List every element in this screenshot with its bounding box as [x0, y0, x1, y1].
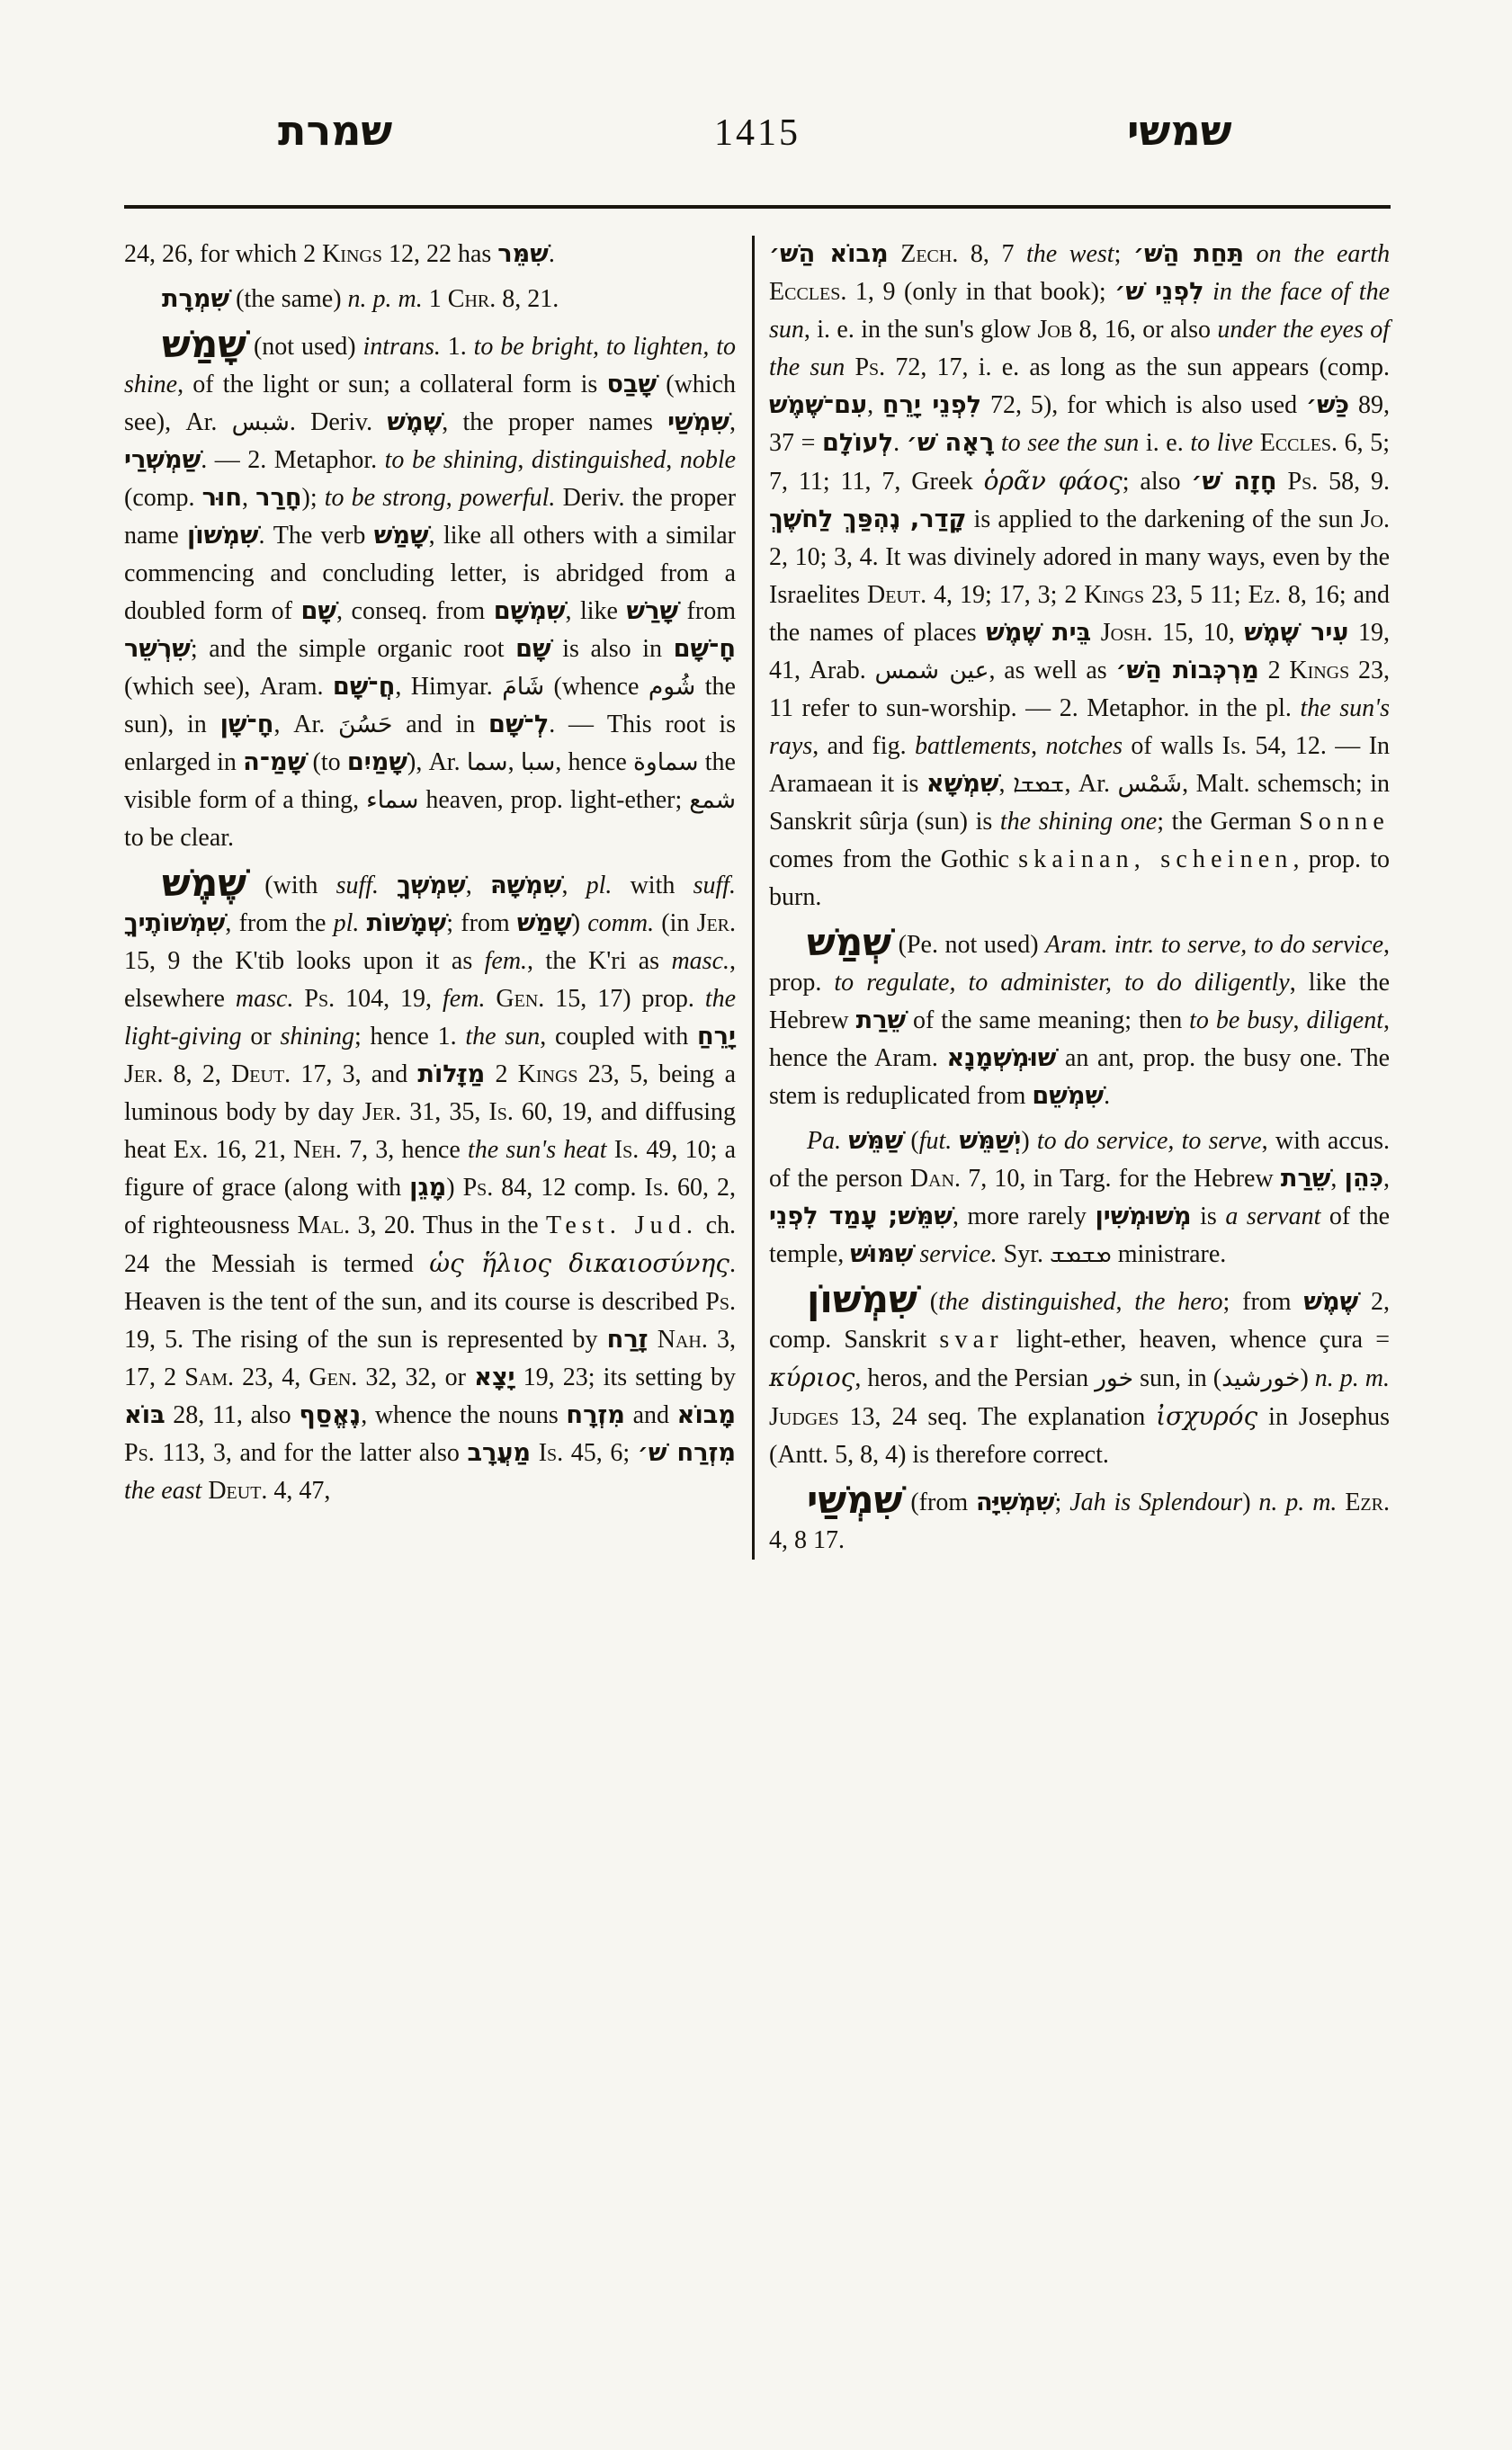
- text-columns: 24, 26, for which 2 Kings 12, 22 has שִׁ…: [124, 236, 1391, 1560]
- text-segment: 31, 35,: [401, 1098, 488, 1126]
- italic-text: intrans.: [362, 333, 440, 361]
- italic-text: diligent: [1306, 1006, 1383, 1034]
- spaced-text: svar: [939, 1326, 1003, 1354]
- italic-text: the shining one: [1000, 808, 1157, 836]
- hebrew-text: שִׁמְשׁוֹן: [187, 522, 258, 550]
- hebrew-text: שִׁמֵּשׁ; עָמַד לִפְנֵי: [769, 1203, 953, 1230]
- text-segment: );: [302, 484, 325, 512]
- smallcaps-reference: Gen.: [496, 985, 544, 1013]
- italic-text: the west: [1026, 240, 1114, 268]
- hebrew-text: שָׁרַשׁ: [627, 597, 679, 625]
- hebrew-text: חֲ־שָׁם: [333, 673, 395, 701]
- text-segment: 12, 22 has: [382, 240, 497, 268]
- text-segment: (from: [902, 1489, 976, 1516]
- text-segment: .: [893, 429, 907, 457]
- text-segment: , as well as: [989, 657, 1115, 684]
- italic-text: pl.: [586, 872, 613, 899]
- greek-text: ὡς ἥλιος δικαιοσύνης: [429, 1248, 729, 1278]
- smallcaps-reference: Deut.: [231, 1060, 291, 1088]
- smallcaps-reference: Jer.: [697, 909, 736, 937]
- smallcaps-reference: Judges: [769, 1403, 839, 1431]
- text-segment: is: [1192, 1203, 1226, 1230]
- text-segment: [293, 985, 304, 1013]
- hebrew-text: שָׁמַשׁ: [374, 522, 429, 550]
- italic-text: suff.: [693, 872, 736, 899]
- italic-text: to be strong: [325, 484, 446, 512]
- text-segment: ,: [561, 872, 586, 899]
- smallcaps-reference: Kings: [1084, 581, 1144, 609]
- italic-text: to regulate, to administer, to do dilige…: [834, 969, 1289, 997]
- hebrew-text: שִׁרְשֵׁר: [124, 635, 191, 663]
- smallcaps-reference: Neh.: [293, 1136, 342, 1164]
- text-segment: .: [1104, 1082, 1110, 1110]
- italic-text: Aram. intr.: [1045, 931, 1154, 959]
- scanned-dictionary-page: שמרת 1415 שמשי 24, 26, for which 2 Kings…: [0, 0, 1512, 2450]
- text-segment: 19, 23; its setting by: [515, 1364, 736, 1391]
- text-segment: 58, 9.: [1318, 468, 1390, 496]
- hebrew-text: שִׁמְשָׁא: [926, 770, 999, 798]
- hebrew-text: חָ־שָׁן: [220, 711, 274, 738]
- right-column: מְבוֹא הַשּׁ׳ Zech. 8, 7 the west; תַּחַ…: [769, 236, 1390, 1560]
- text-segment: (: [903, 1127, 919, 1155]
- hebrew-text: שַׁמְשְׁרַי: [124, 446, 201, 474]
- arabic-text: سماء: [366, 786, 418, 814]
- text-segment: 15, 10,: [1153, 619, 1245, 647]
- hebrew-text: כִּהֵן: [1345, 1165, 1383, 1193]
- hebrew-text: רָאָה שׁ׳: [907, 429, 994, 457]
- hebrew-text: שָׁמַשׁ: [517, 909, 572, 937]
- smallcaps-reference: Kings: [1289, 657, 1349, 684]
- arabic-text: عين شمس: [875, 657, 989, 684]
- hebrew-text: שִׁמְשֵׁם: [1032, 1082, 1104, 1110]
- hebrew-text: שִׁמֵּר: [497, 240, 549, 268]
- text-segment: 1.: [441, 333, 474, 361]
- hebrew-text: יְשַׁמֵּשׁ: [960, 1127, 1022, 1155]
- text-segment: from: [678, 597, 736, 625]
- text-segment: 104, 19,: [335, 985, 443, 1013]
- smallcaps-reference: Ps.: [124, 1439, 155, 1467]
- italic-text: fem.: [443, 985, 485, 1013]
- text-segment: , heros, and the Persian: [854, 1364, 1095, 1392]
- entry-shimshai: שִׁמְשַׁי (from שִׁמְשִׁיָּה; Jah is Spl…: [769, 1481, 1390, 1560]
- text-segment: , conseq. from: [336, 597, 494, 625]
- smallcaps-reference: Is.: [614, 1136, 639, 1164]
- hebrew-text: שִׁמְשְׁךָ: [397, 872, 466, 899]
- italic-text: n. p. m.: [1258, 1489, 1337, 1516]
- italic-text: masc.: [671, 947, 729, 975]
- italic-text: to be shining: [385, 446, 518, 474]
- text-segment: (Pe. not used): [891, 931, 1045, 959]
- text-segment: , of the light or sun; a collateral form…: [177, 371, 606, 398]
- smallcaps-reference: Josh.: [1101, 619, 1153, 647]
- smallcaps-reference: Ps.: [463, 1174, 494, 1202]
- smallcaps-reference: Kings: [322, 240, 382, 268]
- hebrew-text: קָדַר, נֶהְפַּךְ לַחֹשֶׁךְ: [769, 505, 967, 533]
- italic-text: the distinguished: [938, 1288, 1115, 1316]
- text-segment: ; from: [1223, 1288, 1304, 1316]
- hebrew-text: שִׁמְשׁוֹתֶיךָ: [124, 909, 225, 937]
- text-segment: 8, 2,: [163, 1060, 231, 1088]
- smallcaps-reference: Ezr.: [1345, 1489, 1390, 1516]
- hebrew-text: שִׁמְרָת: [162, 285, 229, 313]
- text-segment: 13, 24 seq. The explanation: [839, 1403, 1157, 1431]
- arabic-text: شُوم: [649, 673, 696, 701]
- text-segment: , from the: [225, 909, 333, 937]
- hebrew-text: מִזְרַח שׁ׳: [638, 1439, 736, 1467]
- text-segment: 28, 11, also: [166, 1401, 300, 1429]
- italic-text: the sun: [465, 1023, 540, 1051]
- page-header: שמרת 1415 שמשי: [124, 106, 1391, 192]
- text-segment: , more rarely: [953, 1203, 1095, 1230]
- smallcaps-reference: Ps.: [1288, 468, 1319, 496]
- text-segment: ; the German: [1157, 808, 1299, 836]
- hebrew-text: שֶׁמֶשׁ: [387, 408, 442, 436]
- text-segment: [607, 1136, 614, 1164]
- text-segment: (in: [654, 909, 696, 937]
- hebrew-text: חוּר: [202, 484, 242, 512]
- text-segment: and in: [392, 711, 488, 738]
- text-segment: [649, 1326, 658, 1354]
- text-segment: ,: [1293, 1006, 1307, 1034]
- text-segment: heaven, prop. light-ether;: [418, 786, 689, 814]
- text-segment: 15, 9 the K'tib looks upon it as: [124, 947, 485, 975]
- text-segment: , Himyar.: [395, 673, 502, 701]
- header-catchword-left: שמרת: [124, 106, 546, 155]
- hebrew-text: מְשׁוּמְשִׁין: [1095, 1203, 1191, 1230]
- arabic-text: خورشيد: [1221, 1364, 1300, 1392]
- arabic-text: سماوة: [633, 748, 699, 776]
- hebrew-text: לְעוֹלָם: [822, 429, 893, 457]
- italic-text: pl.: [334, 909, 360, 937]
- arabic-text: شمع: [689, 786, 736, 814]
- entry-shemesh-noun: שֶׁמֶשׁ (with suff. שִׁמְשְׁךָ, שִׁמְשָׁ…: [124, 864, 736, 1510]
- text-segment: , i. e. in the sun's glow: [804, 316, 1038, 344]
- continuation-shomer: 24, 26, for which 2 Kings 12, 22 has שִׁ…: [124, 236, 736, 273]
- smallcaps-reference: Nah.: [658, 1326, 708, 1354]
- smallcaps-reference: Is.: [539, 1439, 563, 1467]
- arabic-text: شبس: [232, 408, 290, 436]
- text-segment: 4, 19; 17, 3; 2: [926, 581, 1084, 609]
- hebrew-text: עִם־שֶׁמֶשׁ: [769, 391, 867, 419]
- text-segment: ;: [1055, 1489, 1070, 1516]
- syriac-text: ܫܡܫܐ: [1013, 770, 1064, 798]
- page-number: 1415: [546, 112, 968, 155]
- smallcaps-reference: Zech.: [900, 240, 958, 268]
- greek-text: ἰσχυρός: [1156, 1401, 1257, 1431]
- text-segment: 8, 16, or also: [1072, 316, 1217, 344]
- hebrew-text: שָׁם: [515, 635, 551, 663]
- hebrew-text: מַרְכְּבוֹת הַשּׁ׳: [1115, 657, 1258, 684]
- text-segment: (not used): [246, 333, 362, 361]
- text-segment: 4, 47,: [267, 1477, 330, 1505]
- text-segment: to be clear.: [124, 824, 234, 852]
- text-segment: (: [917, 1288, 938, 1316]
- smallcaps-reference: Is.: [645, 1174, 669, 1202]
- left-column: 24, 26, for which 2 Kings 12, 22 has שִׁ…: [124, 236, 736, 1560]
- greek-text: ὁρᾶν φάος: [984, 466, 1123, 496]
- text-segment: , Ar.: [1064, 770, 1117, 798]
- text-segment: 84, 12 comp.: [493, 1174, 644, 1202]
- smallcaps-reference: Ex.: [174, 1136, 209, 1164]
- hebrew-text: זָרַח: [607, 1326, 649, 1354]
- text-segment: (to: [306, 748, 347, 776]
- italic-text: comm.: [587, 909, 654, 937]
- smallcaps-reference: Jer.: [124, 1060, 163, 1088]
- text-segment: 7, 3, hence: [342, 1136, 468, 1164]
- text-segment: ): [1021, 1127, 1037, 1155]
- text-segment: 113, 3, and for the latter also: [155, 1439, 468, 1467]
- hebrew-text: בּוֹא: [124, 1401, 166, 1429]
- header-catchword-right: שמשי: [969, 106, 1391, 155]
- arabic-text: شَامَ: [502, 673, 544, 701]
- italic-text: to do service, to serve: [1037, 1127, 1262, 1155]
- italic-text: fem.: [485, 947, 527, 975]
- header-rule: [124, 205, 1391, 209]
- text-segment: [485, 985, 496, 1013]
- text-segment: of the same meaning; then: [906, 1006, 1189, 1034]
- text-segment: 8, 7: [958, 240, 1026, 268]
- italic-text: a servant: [1225, 1203, 1320, 1230]
- hebrew-headword: שֶׁמֶשׁ: [162, 861, 246, 905]
- text-segment: 23, 4,: [234, 1364, 309, 1391]
- text-segment: ,: [466, 872, 490, 899]
- italic-text: battlements: [915, 732, 1031, 760]
- text-segment: of walls: [1123, 732, 1222, 760]
- text-segment: ; also: [1123, 468, 1192, 496]
- hebrew-headword: שִׁמְשׁוֹן: [807, 1277, 917, 1321]
- text-segment: [1154, 931, 1161, 959]
- text-segment: i. e.: [1139, 429, 1190, 457]
- text-segment: , hence: [555, 748, 633, 776]
- hebrew-text: מַעֲרָב: [467, 1439, 531, 1467]
- text-segment: 72, 5), for which is also used: [981, 391, 1306, 419]
- italic-text: n. p. m.: [1315, 1364, 1390, 1392]
- text-segment: [952, 1127, 959, 1155]
- text-segment: ,: [1115, 1288, 1134, 1316]
- italic-text: notches: [1045, 732, 1123, 760]
- text-segment: and: [625, 1401, 677, 1429]
- hebrew-text: מְבוֹא הַשּׁ׳: [769, 240, 889, 268]
- italic-text: noble: [680, 446, 736, 474]
- italic-text: Pa.: [807, 1127, 841, 1155]
- text-segment: ,: [666, 446, 680, 474]
- text-segment: , the proper names: [442, 408, 667, 436]
- text-segment: 45, 6;: [563, 1439, 638, 1467]
- text-segment: , whence the nouns: [361, 1401, 566, 1429]
- smallcaps-reference: Ps.: [854, 353, 885, 381]
- italic-text: on the earth: [1257, 240, 1390, 268]
- text-segment: Syr.: [998, 1240, 1050, 1268]
- text-segment: comes from the Gothic: [769, 845, 1018, 873]
- text-segment: ,: [446, 484, 460, 512]
- hebrew-text: שָׁם: [301, 597, 337, 625]
- text-segment: ; hence 1.: [354, 1023, 465, 1051]
- smallcaps-reference: Dan.: [910, 1165, 961, 1193]
- smallcaps-reference: Deut.: [867, 581, 926, 609]
- text-segment: ,: [508, 748, 521, 776]
- text-segment: [1337, 1489, 1345, 1516]
- text-segment: , the K'ri as: [527, 947, 671, 975]
- entry-shimshon: שִׁמְשׁוֹן (the distinguished, the hero;…: [769, 1281, 1390, 1474]
- text-segment: ): [572, 909, 588, 937]
- italic-text: powerful.: [460, 484, 556, 512]
- smallcaps-reference: Chr.: [448, 285, 496, 313]
- entry-pa-shammesh: Pa. שַׁמֵּשׁ (fut. יְשַׁמֵּשׁ) to do ser…: [769, 1122, 1390, 1274]
- text-segment: .: [549, 240, 555, 268]
- text-segment: [1204, 278, 1213, 306]
- text-segment: (with: [246, 872, 336, 899]
- text-segment: ; and the simple organic root: [191, 635, 515, 663]
- text-segment: , coupled with: [540, 1023, 697, 1051]
- hebrew-text: מָבוֹא: [677, 1401, 736, 1429]
- hebrew-text: חָרַר: [255, 484, 301, 512]
- text-segment: 1: [423, 285, 448, 313]
- arabic-text: حَسُنَ: [338, 711, 392, 738]
- text-segment: [1253, 429, 1260, 457]
- smallcaps-reference: Eccles.: [1260, 429, 1338, 457]
- italic-text: suff.: [336, 872, 379, 899]
- hebrew-text: בֵּית שֶׁמֶשׁ: [986, 619, 1091, 647]
- text-segment: 8, 21.: [496, 285, 559, 313]
- text-segment: [1091, 619, 1101, 647]
- hebrew-text: שַׁמֵּשׁ: [848, 1127, 903, 1155]
- hebrew-text: שִׁמְשָׁהּ: [490, 872, 562, 899]
- text-segment: ; from: [446, 909, 517, 937]
- text-segment: 1, 9 (only in that book);: [846, 278, 1114, 306]
- smallcaps-reference: Ps.: [705, 1288, 736, 1316]
- page-content: שמרת 1415 שמשי 24, 26, for which 2 Kings…: [124, 106, 1391, 1560]
- hebrew-text: שָׁמַ־ה: [243, 748, 306, 776]
- hebrew-text: לִפְנֵי יָרֵחַ: [882, 391, 981, 419]
- text-segment: is applied to the darkening of the sun: [967, 505, 1361, 533]
- smallcaps-reference: Ps.: [304, 985, 335, 1013]
- smallcaps-reference: Eccles.: [769, 278, 846, 306]
- text-segment: 4, 8 17.: [769, 1526, 845, 1554]
- italic-text: shining: [281, 1023, 354, 1051]
- text-segment: [1244, 240, 1257, 268]
- italic-text: fut.: [919, 1127, 953, 1155]
- entry-shamash-verb: שָׁמַשׁ (not used) intrans. 1. to be bri…: [124, 326, 736, 857]
- spaced-text: Sonne: [1299, 808, 1390, 836]
- smallcaps-reference: Job: [1037, 316, 1072, 344]
- text-segment: [1277, 468, 1288, 496]
- hebrew-text: יָצָא: [474, 1364, 515, 1391]
- text-segment: 7, 10, in Targ. for the Hebrew: [961, 1165, 1281, 1193]
- smallcaps-reference: Kings: [518, 1060, 578, 1088]
- text-segment: ,: [242, 484, 255, 512]
- hebrew-text: שָׁמַיִם: [347, 748, 407, 776]
- text-segment: is also in: [551, 635, 674, 663]
- hebrew-text: נֶאֱסַף: [299, 1401, 361, 1429]
- text-segment: [994, 429, 1001, 457]
- text-segment: ,: [1330, 1165, 1344, 1193]
- text-segment: , Ar.: [273, 711, 338, 738]
- entry-shimrath: שִׁמְרָת (the same) n. p. m. 1 Chr. 8, 2…: [124, 281, 736, 318]
- hebrew-text: מַזָּלוֹת: [417, 1060, 485, 1088]
- arabic-text: خور: [1095, 1364, 1133, 1392]
- text-segment: ,: [867, 391, 882, 419]
- text-segment: , like: [565, 597, 626, 625]
- hebrew-text: שֵׁרַת: [856, 1006, 907, 1034]
- italic-text: to see the sun: [1001, 429, 1139, 457]
- hebrew-text: שְׁמָשׁוֹת: [367, 909, 447, 937]
- italic-text: service.: [919, 1240, 997, 1268]
- italic-text: the east: [124, 1477, 201, 1505]
- italic-text: to live: [1190, 429, 1253, 457]
- text-segment: ): [446, 1174, 462, 1202]
- hebrew-headword: שְׁמַשׁ: [807, 920, 891, 964]
- text-segment: [531, 1439, 539, 1467]
- text-segment: or: [242, 1023, 281, 1051]
- text-segment: , and fig.: [812, 732, 915, 760]
- text-segment: light-ether, heaven, whence çura =: [1004, 1326, 1390, 1354]
- smallcaps-reference: Gen.: [309, 1364, 357, 1391]
- hebrew-text: עִיר שֶׁמֶשׁ: [1244, 619, 1348, 647]
- text-segment: [379, 872, 397, 899]
- column-divider: [752, 236, 755, 1560]
- smallcaps-reference: Ez.: [1248, 581, 1281, 609]
- text-segment: ,: [729, 408, 736, 436]
- text-segment: [359, 909, 366, 937]
- hebrew-text: יָרֵחַ: [697, 1023, 736, 1051]
- italic-text: to serve, to do service: [1161, 931, 1383, 959]
- text-segment: 16, 21,: [208, 1136, 293, 1164]
- entry-shemash-aramaic: שְׁמַשׁ (Pe. not used) Aram. intr. to se…: [769, 924, 1390, 1115]
- text-segment: 17, 3, and: [291, 1060, 417, 1088]
- text-segment: (whence: [544, 673, 649, 701]
- hebrew-text: לְ־שָׁם: [488, 711, 549, 738]
- hebrew-text: שָׁבַס: [606, 371, 657, 398]
- hebrew-text: שִׁמְשָׁם: [494, 597, 566, 625]
- text-segment: [889, 240, 901, 268]
- text-segment: 3, 20. Thus in the: [350, 1212, 546, 1239]
- italic-text: distinguished: [532, 446, 666, 474]
- text-segment: 72, 17, i. e. as long as the sun appears…: [885, 353, 1390, 381]
- smallcaps-reference: Jer.: [362, 1098, 401, 1126]
- italic-text: masc.: [236, 985, 294, 1013]
- italic-text: n. p. m.: [348, 285, 423, 313]
- hebrew-text: לִפְנֵי שׁ׳: [1114, 278, 1203, 306]
- smallcaps-reference: Is.: [1222, 732, 1247, 760]
- text-segment: ,: [1031, 732, 1045, 760]
- hebrew-text: כַּשּׁ׳: [1306, 391, 1349, 419]
- hebrew-text: שִׁמְשִׁיָּה: [976, 1489, 1055, 1516]
- text-segment: ,: [517, 446, 532, 474]
- hebrew-text: תַּחַת הַשּׁ׳: [1133, 240, 1244, 268]
- smallcaps-reference: Mal.: [298, 1212, 351, 1239]
- text-segment: . The verb: [258, 522, 373, 550]
- text-segment: (the same): [229, 285, 347, 313]
- arabic-text: شَمْس: [1118, 770, 1183, 798]
- hebrew-text: שִׁמּוּשׁ: [850, 1240, 913, 1268]
- spaced-text: skainan, scheinen: [1018, 845, 1293, 873]
- spaced-text: Test. Jud.: [546, 1212, 698, 1239]
- text-segment: ): [1300, 1364, 1314, 1392]
- arabic-text: سما: [467, 748, 508, 776]
- italic-text: the sun's heat: [468, 1136, 607, 1164]
- smallcaps-reference: Is.: [488, 1098, 513, 1126]
- hebrew-headword: שִׁמְשַׁי: [807, 1478, 902, 1522]
- hebrew-text: שֵׁרַת: [1281, 1165, 1331, 1193]
- italic-text: Jah is Splendour: [1069, 1489, 1242, 1516]
- text-segment: . Deriv.: [290, 408, 388, 436]
- text-segment: 19, 5. The rising of the sun is represen…: [124, 1326, 607, 1354]
- text-segment: ;: [1114, 240, 1133, 268]
- continuation-shemesh: מְבוֹא הַשּׁ׳ Zech. 8, 7 the west; תַּחַ…: [769, 236, 1390, 917]
- text-segment: 15, 17) prop.: [544, 985, 705, 1013]
- syriac-text: ܡܫܡܫ: [1050, 1240, 1112, 1268]
- smallcaps-reference: Sam.: [184, 1364, 234, 1391]
